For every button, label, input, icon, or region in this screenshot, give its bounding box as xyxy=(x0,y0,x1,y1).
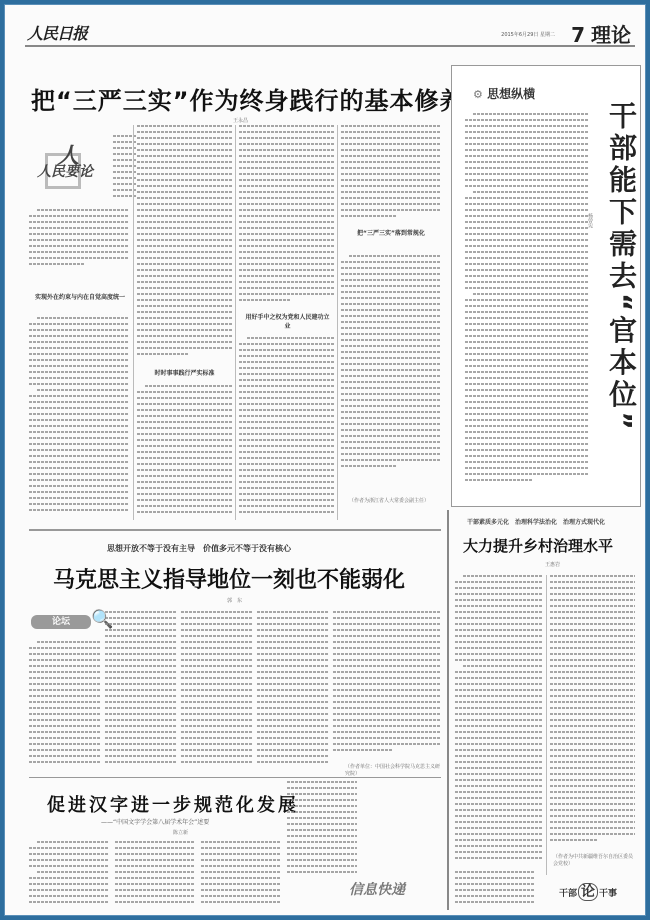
corner-badge-right: 干事 xyxy=(599,889,617,899)
sidebar-headline: 干部能下需去“官本位” xyxy=(601,101,641,434)
marxism-col1 xyxy=(29,641,101,771)
main-subhead-2: 时时事事践行严实标准 xyxy=(137,369,232,378)
section-rule xyxy=(29,529,441,531)
main-col3-top xyxy=(239,125,334,305)
marxism-column-badge: 论坛 xyxy=(31,615,91,629)
corner-badge-left: 干部 xyxy=(559,889,577,899)
hanzi-col2 xyxy=(115,841,195,907)
divider xyxy=(133,125,134,520)
hanzi-col1 xyxy=(29,841,109,907)
hanzi-col4 xyxy=(287,781,357,877)
divider xyxy=(235,125,236,520)
sidebar-byline: 杨曾宪 xyxy=(587,213,594,228)
rural-byline: 王惠岩 xyxy=(545,561,560,568)
marxism-kicker: 思想开放不等于没有主导 价值多元不等于没有核心 xyxy=(107,543,291,554)
main-col2-body xyxy=(137,385,232,520)
main-headline: 把“三严三实”作为终身践行的基本修养 xyxy=(31,81,465,116)
hanzi-headline: 促进汉字进一步规范化发展 xyxy=(47,791,299,817)
page-label: 7理论 xyxy=(565,19,631,48)
main-col4-top xyxy=(341,125,441,223)
main-col2-top xyxy=(137,125,232,365)
main-col1-body xyxy=(29,317,129,517)
corner-badge: 干部论干事 xyxy=(559,881,617,901)
newspaper-page: 人民日报 2015年6月29日 星期二 7理论 把“三严三实”作为终身践行的基本… xyxy=(4,4,646,916)
marxism-footnote: （作者单位：中国社会科学院马克思主义研究院） xyxy=(345,763,441,777)
main-subhead-1: 实现外在约束与内在自觉高度统一 xyxy=(35,293,125,302)
column-rule xyxy=(447,510,449,910)
marxism-col5 xyxy=(333,611,441,761)
hanzi-col3 xyxy=(201,841,281,907)
masthead: 人民日报 2015年6月29日 星期二 7理论 xyxy=(25,15,635,47)
section-rule xyxy=(29,777,441,778)
rural-col3 xyxy=(455,871,535,911)
corner-badge-mid: 论 xyxy=(578,883,598,901)
rural-col1 xyxy=(455,575,543,865)
main-byline: 王永昌 xyxy=(233,117,248,124)
marxism-byline: 郭 东 xyxy=(227,597,242,604)
hanzi-column-badge: 信息快递 xyxy=(349,879,405,899)
section-name: 理论 xyxy=(591,23,631,47)
column-badge-text: 人民要论 xyxy=(37,161,93,181)
main-subhead-4: 把“三严三实”落到常规化 xyxy=(345,229,437,238)
divider xyxy=(546,575,547,875)
rural-kicker: 干部素质多元化 治理科学法治化 治理方式现代化 xyxy=(467,517,605,526)
main-col4-body xyxy=(341,255,441,480)
main-col3-body xyxy=(239,337,334,520)
rural-footnote: （作者为中共新疆维吾尔自治区委员会党校） xyxy=(553,853,637,867)
issue-date: 2015年6月29日 星期二 xyxy=(501,31,555,38)
divider xyxy=(337,125,338,520)
main-col1-top xyxy=(29,209,129,279)
main-subhead-3: 用好手中之权为党和人民建功立业 xyxy=(245,313,330,331)
rural-col2 xyxy=(550,575,635,845)
page-number: 7 xyxy=(571,23,585,47)
newspaper-logo: 人民日报 xyxy=(27,21,87,44)
marxism-col4 xyxy=(257,611,329,771)
sidebar-body xyxy=(465,113,589,498)
column-title: 思想纵横 xyxy=(487,87,535,101)
rural-headline: 大力提升乡村治理水平 xyxy=(463,535,613,556)
marxism-col2 xyxy=(105,611,177,771)
hanzi-byline: 陈立新 xyxy=(173,829,188,836)
hanzi-subtitle: ——“中国文字学会第八届学术年会”述要 xyxy=(101,817,209,826)
marxism-headline: 马克思主义指导地位一刻也不能弱化 xyxy=(53,563,405,594)
marxism-col3 xyxy=(181,611,253,771)
sidebar-column-name: ⚙ 思想纵横 xyxy=(473,85,535,102)
main-footnote: （作者为浙江省人大常委会副主任） xyxy=(349,497,441,504)
gears-icon: ⚙ xyxy=(473,88,483,101)
